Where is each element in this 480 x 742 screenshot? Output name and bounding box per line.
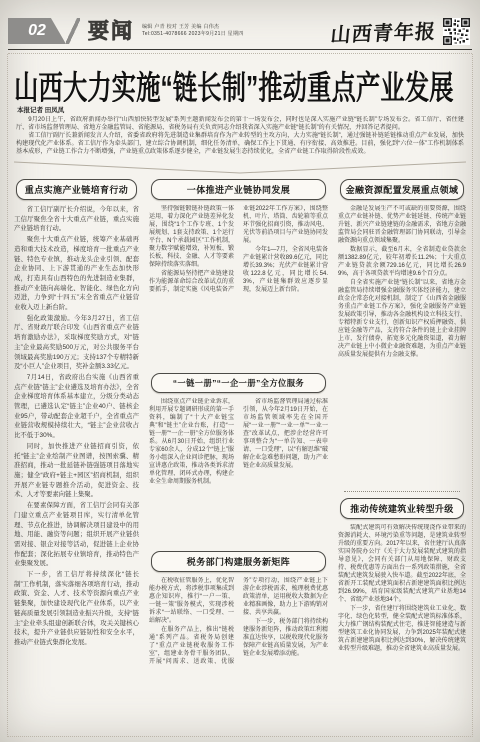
- paragraph: 省工信厅副厅长介绍说，今年以来，省工信厅聚焦全省十大重点产业链，重点实施产业链培…: [14, 205, 139, 234]
- section-body: 省工信厅副厅长介绍说，今年以来，省工信厅聚焦全省十大重点产业链，重点实施产业链培…: [14, 205, 139, 721]
- paragraph: 7月14日，省政府出台实施《山西省重点产业链“链主”企业遴选及培育办法》，全省企…: [14, 373, 139, 441]
- tel-date-line: Tel:0351-4078666 2023年9月21日 星期四: [142, 31, 244, 38]
- newspaper-page: 02 要闻 编辑 卢青 校对 王芳 美编 白伟杰 Tel:0351-407866…: [0, 0, 480, 742]
- byline: 本报记者 田凤凤: [17, 105, 463, 114]
- paragraph: 数据显示，截至6月末，全省制造业贷款余额1382.89亿元，较年初增长11.2%…: [338, 246, 466, 278]
- lead-paragraph: 省工信厅副厅长兼新闻发言人介绍，省委省政府将先进制造业集群培育作为产业转型的主攻…: [16, 132, 464, 156]
- section-title-box: 税务部门构建服务新矩阵: [151, 551, 326, 572]
- section-construction: 推动传统建筑业转型升级 装配式建筑可有效解决传统现浇作业带来的资源消耗大、环境污…: [338, 498, 466, 719]
- article-columns: 重点实施产业链培育行动 省工信厅副厅长介绍说，今年以来，省工信厅聚焦全省十大重点…: [14, 179, 466, 721]
- paragraph: 自全省实施产业链“链长制”以来，省地方金融监管局持续增强金融服务实体经济能力，建…: [338, 279, 466, 359]
- section-title-box: 金融资源配置发展重点领域: [340, 179, 464, 200]
- section-body: 金融是发展生产不可或缺的重要资源，围绕重点产业链补链、优势产业链延链、传统产业链…: [338, 205, 466, 489]
- page-number: 02: [8, 18, 66, 44]
- section-title-box: 重点实施产业链培育行动: [16, 179, 137, 200]
- section-body: 在税收征管服务上，优化智能办税方式，将涉税事项集成到惠企知识库，推行“一户一策、…: [149, 577, 328, 717]
- main-headline: 山西大力实施“链长制”推动重点产业发展: [14, 62, 466, 102]
- paragraph: 装配式建筑可有效解决传统现浇作业带来的资源消耗大、环境污染重等问题，是建筑业转型…: [338, 524, 466, 604]
- article: 山西大力实施“链长制”推动重点产业发展 本报记者 田凤凤 9月20日上午，省政府…: [0, 62, 480, 721]
- section-name: 要闻: [88, 21, 134, 42]
- section-all-round-service: “一链一册”“一企一册”全方位服务 围绕重点产业链企业诉求，利用开展专题调研形成…: [149, 373, 328, 549]
- page-header: 02 要闻 编辑 卢青 校对 王芳 美编 白伟杰 Tel:0351-407866…: [8, 16, 470, 46]
- section-coordinated-development: 一体推进产业链协同发展 坚持强链锻链补链政策一体运用，着力深化产业链差异化发展，…: [149, 179, 328, 371]
- section-tax-service: 税务部门构建服务新矩阵 在税收征管服务上，优化智能办税方式，将涉税事项集成到惠企…: [149, 551, 328, 717]
- section-body: 坚持强链锻链补链政策一体运用，着力深化产业链差异化发展，围绕“1个工作专班、1个…: [149, 205, 328, 371]
- section-title-box: 推动传统建筑业转型升级: [340, 498, 464, 519]
- editors-line: 编辑 卢青 校对 王芳 美编 白伟杰: [142, 24, 244, 31]
- page-number-badge: 02: [8, 18, 80, 44]
- page-bottom-border: [7, 736, 473, 737]
- section-cultivation: 重点实施产业链培育行动 省工信厅副厅长介绍说，今年以来，省工信厅聚焦全省十大重点…: [14, 179, 139, 721]
- paragraph: 下一步，省工信厅将持续深化“链长制”工作机制，落实落细各项培育行动，推动政策、资…: [14, 570, 139, 648]
- qr-code-icon: [443, 18, 470, 45]
- section-title-box: 一体推进产业链协同发展: [151, 179, 326, 200]
- paragraph: 金融是发展生产不可或缺的重要资源，围绕重点产业链补链、优势产业链延链、传统产业链…: [338, 205, 466, 245]
- paragraph: 坚持强链锻链补链政策一体运用，着力深化产业链差异化发展，围绕“1个工作专班、1个…: [149, 205, 234, 269]
- middle-column: 一体推进产业链协同发展 坚持强链锻链补链政策一体运用，着力深化产业链差异化发展，…: [149, 179, 328, 721]
- header-rule: [8, 49, 472, 54]
- paragraph: 聚焦十大重点产业链，统筹产业基础再造和重大技术改造，梯度培育一批重点产业链、特色…: [14, 235, 139, 313]
- lead-paragraph: 9月20日上午，省政府新闻办举行“山西加快转型发展”系列主题新闻发布会的第十一场…: [16, 116, 464, 132]
- paragraph: 同时，加快推进产业链招商引资，依托“链主”企业绘制产业图谱，按图索骥、精准招商，…: [14, 442, 139, 500]
- paragraph: 省市场监督管理局通过标准引领，从今年2月19日开始，在市场监管领域率先在全国开展…: [243, 398, 328, 470]
- paragraph: 今年1—7月，全省风电装备产业链累计营收89.6亿元，同比增长39.3%；光伏产…: [243, 246, 328, 294]
- header-meta: 编辑 卢青 校对 王芳 美编 白伟杰 Tel:0351-4078666 2023…: [142, 24, 244, 38]
- paragraph: 下一步，省住建厅将围绕建筑业工业化、数字化、绿色化转型，健全装配式建筑标准体系，…: [338, 605, 466, 653]
- v-divider: [14, 159, 466, 175]
- lead-block: 9月20日上午，省政府新闻办举行“山西加快转型发展”系列主题新闻发布会的第十一场…: [16, 116, 464, 156]
- right-column: 金融资源配置发展重点领域 金融是发展生产不可或缺的重要资源，围绕重点产业链补链、…: [338, 179, 466, 721]
- section-divider: [344, 491, 460, 492]
- paragraph: 在税收征管服务上，优化智能办税方式，将涉税事项集成到惠企知识库，推行“一户一策、…: [149, 577, 234, 625]
- page-right-border: [472, 54, 473, 737]
- badge-slash-decoration: [66, 18, 80, 44]
- section-title-box: “一链一册”“一企一册”全方位服务: [151, 373, 326, 393]
- section-body: 围绕重点产业链企业诉求，利用开展专题调研形成的第一手资料，编制了“十大产业链宝典…: [149, 398, 328, 549]
- masthead-logo: 山西青年报: [330, 15, 438, 48]
- paragraph: 围绕重点产业链企业诉求，利用开展专题调研形成的第一手资料，编制了“十大产业链宝典…: [149, 398, 234, 486]
- paragraph: 下一步，税务部门将持续构建服务新矩阵，推动政策红利精准直达快享，以税收现代化服务…: [243, 618, 328, 658]
- page-left-border: [7, 54, 8, 737]
- paragraph: 在要素保障方面，省工信厅会同有关部门建立重点产业链项目库，实行清单化管理、节点化…: [14, 501, 139, 569]
- section-finance: 金融资源配置发展重点领域 金融是发展生产不可或缺的重要资源，围绕重点产业链补链、…: [338, 179, 466, 489]
- section-body: 装配式建筑可有效解决传统现浇作业带来的资源消耗大、环境污染重等问题，是建筑业转型…: [338, 524, 466, 719]
- paragraph: 强化政策激励。今年3月27日，省工信厅、省财政厅联合印发《山西省重点产业链培育激…: [14, 314, 139, 372]
